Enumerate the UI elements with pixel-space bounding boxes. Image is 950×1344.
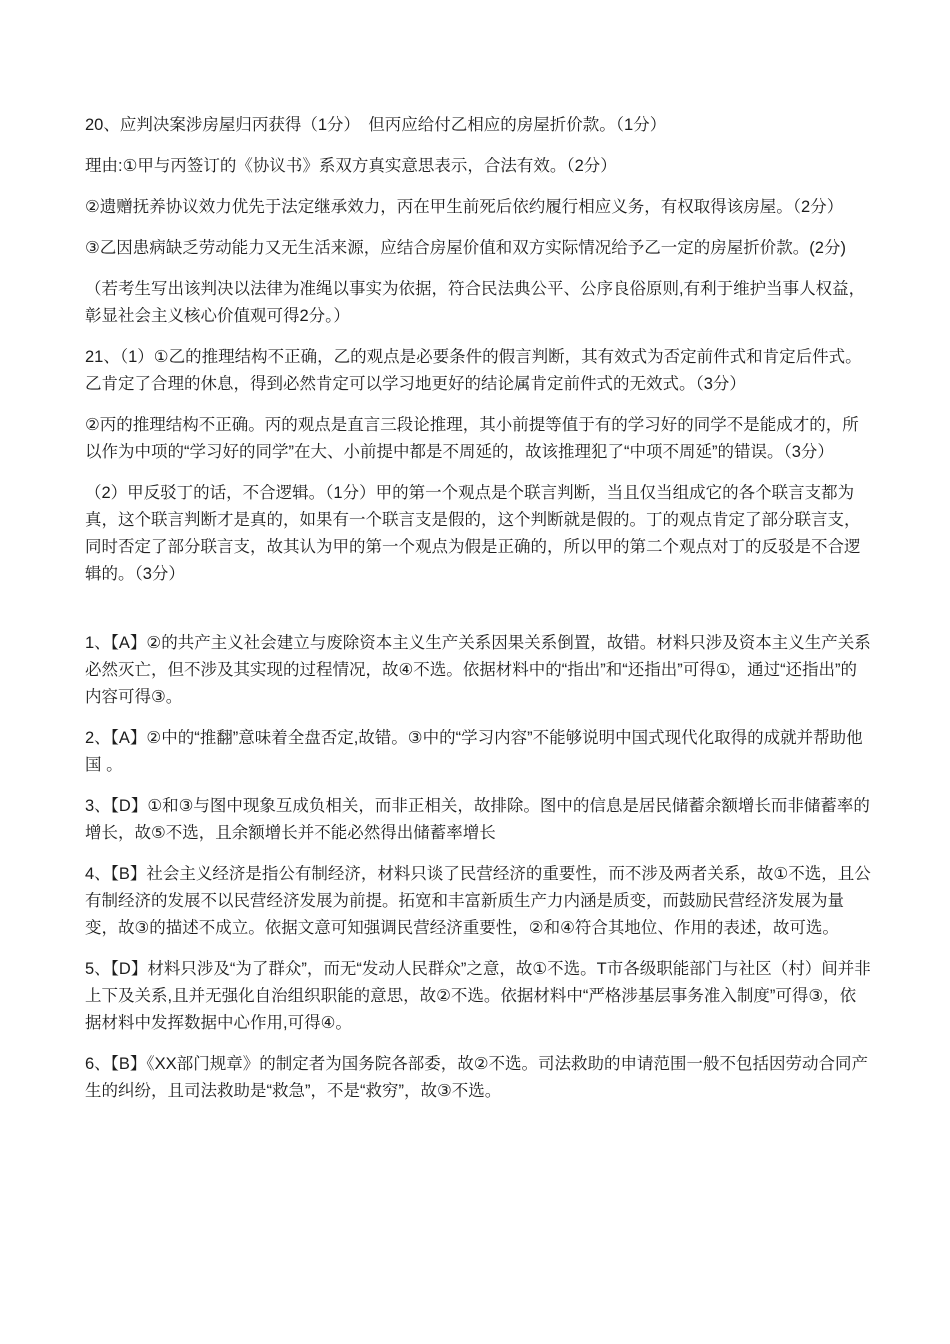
answer-paragraph-q21-1-yi: 21、（1）①乙的推理结构不正确，乙的观点是必要条件的假言判断，其有效式为否定前… bbox=[85, 344, 872, 398]
answer-paragraph-q21-1-bing: ②丙的推理结构不正确。丙的观点是直言三段论推理，其小前提等值于有的学习好的同学不… bbox=[85, 412, 872, 466]
answer-paragraph-q20-reason-3: ③乙因患病缺乏劳动能力又无生活来源，应结合房屋价值和双方实际情况给予乙一定的房屋… bbox=[85, 235, 872, 262]
explanation-paragraph-6: 6、【B】《XX部门规章》的制定者为国务院各部委，故②不选。司法救助的申请范围一… bbox=[85, 1051, 872, 1105]
explanation-paragraph-5: 5、【D】材料只涉及“为了群众”，而无“发动人民群众”之意，故①不选。T市各级职… bbox=[85, 956, 872, 1037]
document-page: 20、应判决案涉房屋归丙获得（1分） 但丙应给付乙相应的房屋折价款。（1分） 理… bbox=[0, 0, 950, 1344]
explanation-paragraph-2: 2、【A】②中的“推翻”意味着全盘否定,故错。③中的“学习内容”不能够说明中国式… bbox=[85, 725, 872, 779]
explanation-paragraph-4: 4、【B】社会主义经济是指公有制经济，材料只谈了民营经济的重要性，而不涉及两者关… bbox=[85, 861, 872, 942]
answer-paragraph-q21-2: （2）甲反驳丁的话，不合逻辑。（1分）甲的第一个观点是个联言判断，当且仅当组成它… bbox=[85, 480, 872, 588]
section-subjective-answers: 20、应判决案涉房屋归丙获得（1分） 但丙应给付乙相应的房屋折价款。（1分） 理… bbox=[85, 112, 872, 588]
answer-paragraph-q20-reason-1: 理由:①甲与丙签订的《协议书》系双方真实意思表示，合法有效。（2分） bbox=[85, 153, 872, 180]
explanation-paragraph-3: 3、【D】①和③与图中现象互成负相关，而非正相关，故排除。图中的信息是居民储蓄余… bbox=[85, 793, 872, 847]
explanation-paragraph-1: 1、【A】②的共产主义社会建立与废除资本主义生产关系因果关系倒置，故错。材料只涉… bbox=[85, 630, 872, 711]
answer-paragraph-q20-verdict: 20、应判决案涉房屋归丙获得（1分） 但丙应给付乙相应的房屋折价款。（1分） bbox=[85, 112, 872, 139]
answer-paragraph-q20-reason-2: ②遗赠抚养协议效力优先于法定继承效力，丙在甲生前死后依约履行相应义务，有权取得该… bbox=[85, 194, 872, 221]
section-choice-explanations: 1、【A】②的共产主义社会建立与废除资本主义生产关系因果关系倒置，故错。材料只涉… bbox=[85, 630, 872, 1105]
answer-paragraph-q20-note: （若考生写出该判决以法律为准绳以事实为依据，符合民法典公平、公序良俗原则,有利于… bbox=[85, 276, 872, 330]
